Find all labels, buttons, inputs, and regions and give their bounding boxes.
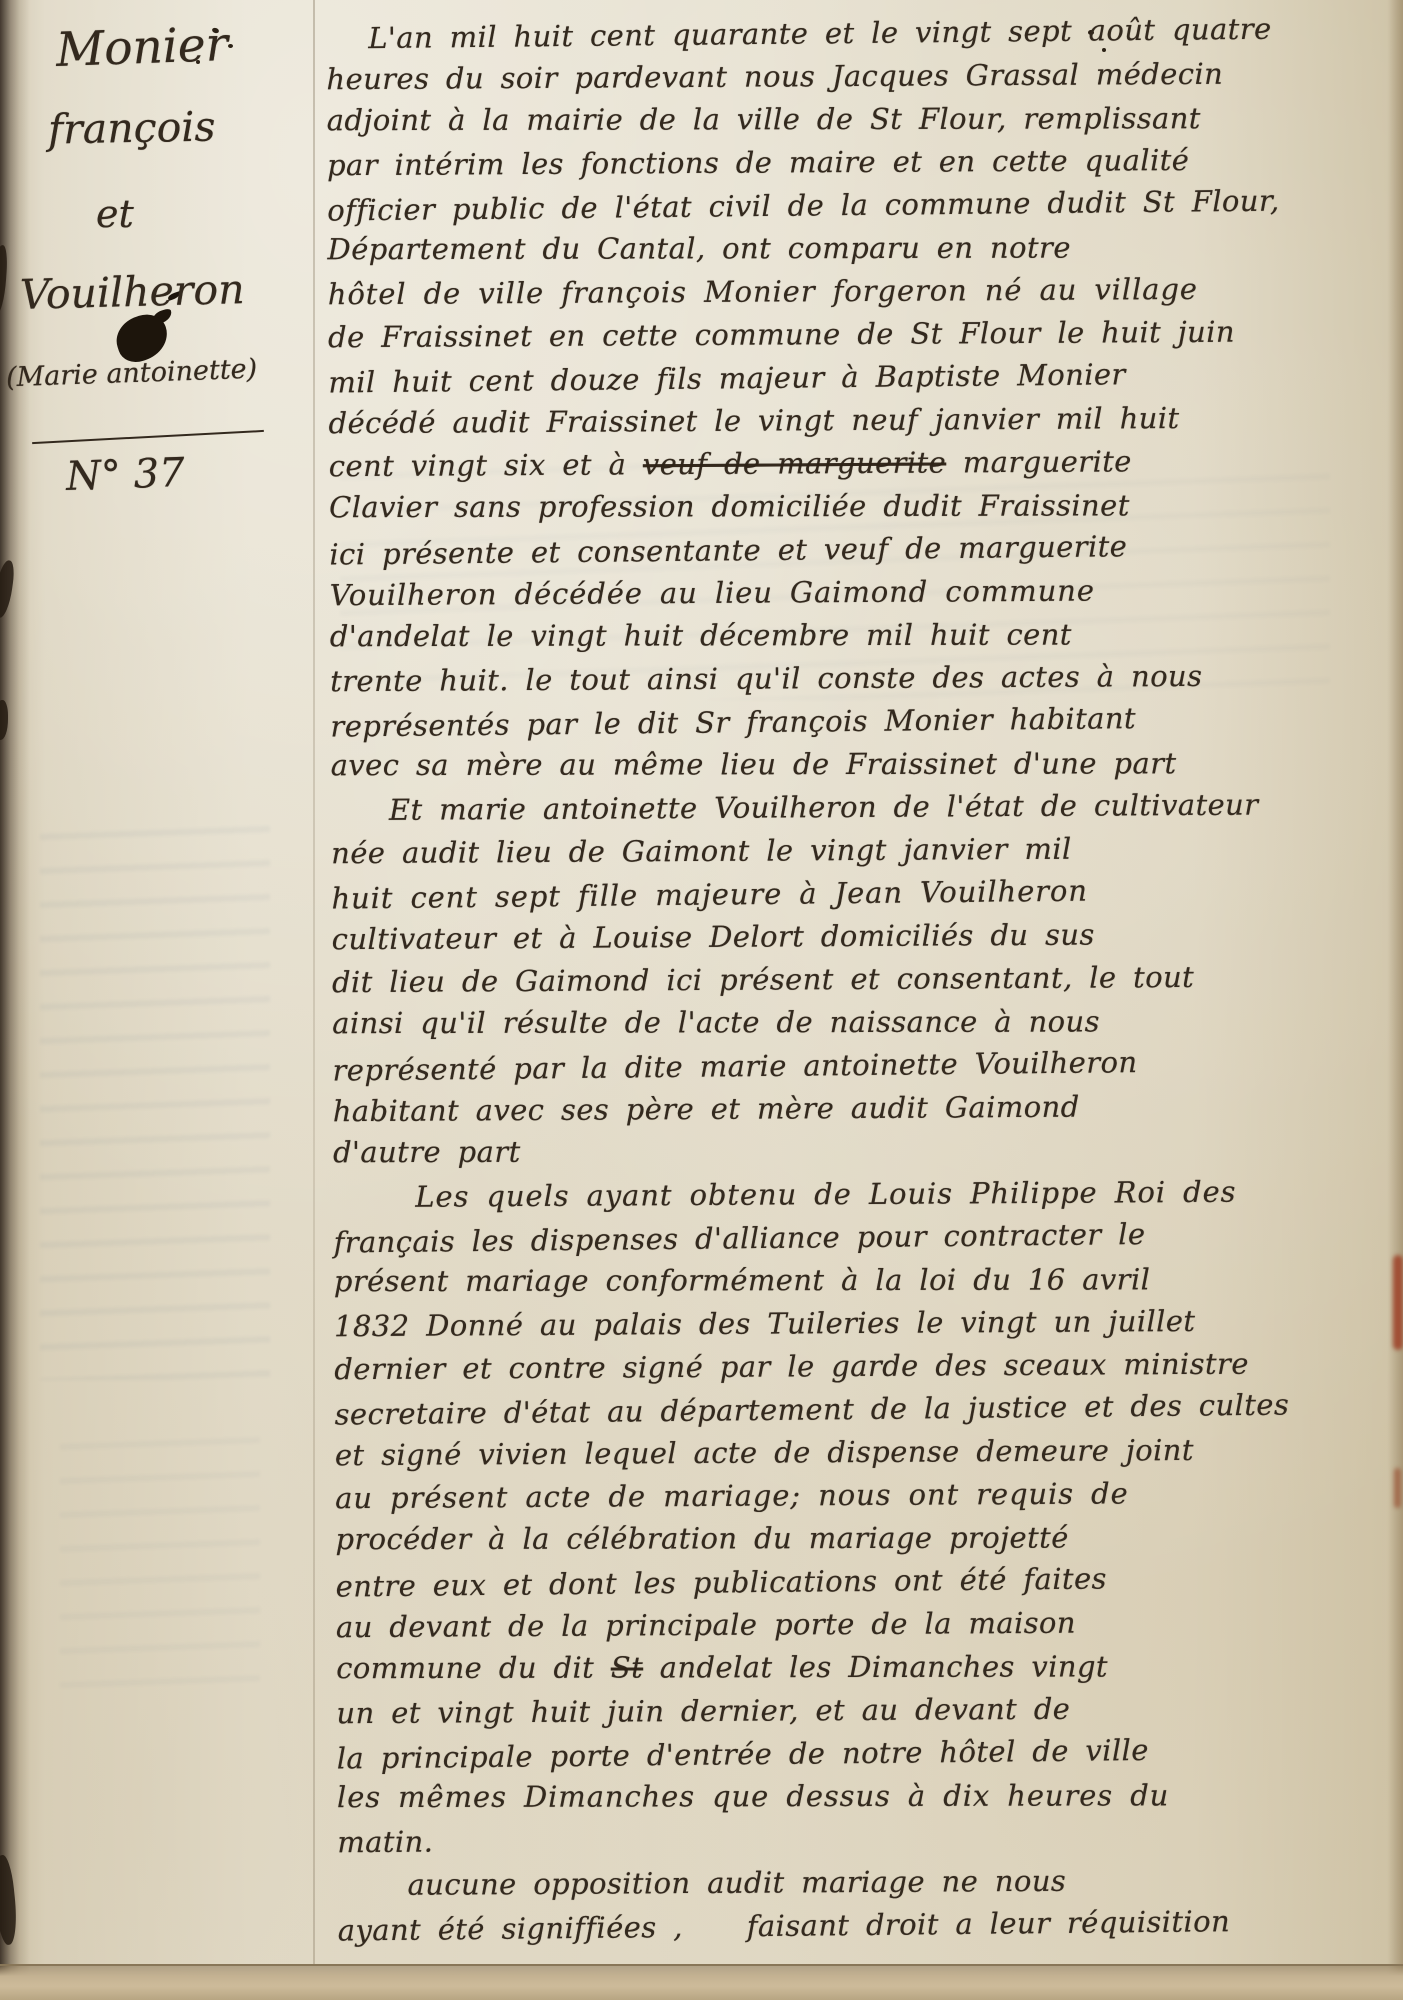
act-line-segment: représentés par le dit Sr françois Monie… (330, 701, 1136, 743)
act-line: Département du Cantal, ont comparu en no… (327, 226, 1381, 271)
act-line: cent vingt six et à veuf de marguerite m… (329, 439, 1383, 488)
act-line-segment: par intérim les fonctions de maire et en… (327, 143, 1190, 182)
act-line: Clavier sans profession domiciliée dudit… (329, 484, 1383, 529)
act-line-segment: représenté par la dite marie antoinette … (332, 1045, 1137, 1087)
act-line-segment: dernier et contre signé par le garde des… (334, 1347, 1249, 1387)
act-line-segment: Et marie antoinette Vouilheron de l'état… (389, 788, 1259, 827)
margin-groom-firstname: françois (48, 103, 216, 154)
act-line-segment: andelat les Dimanches vingt (643, 1649, 1108, 1684)
act-line-segment: officier public de l'état civil de la co… (327, 184, 1280, 228)
act-line: ayant été signiffiées ,faisant droit a l… (338, 1898, 1392, 1952)
act-line-segment: habitant avec ses père et mère audit Gai… (333, 1090, 1080, 1129)
act-line-segment: faisant droit a leur réquisition (683, 1904, 1231, 1944)
act-line-segment-struck: veuf de marguerite (643, 445, 947, 481)
act-line: la principale porte d'entrée de notre hô… (337, 1726, 1391, 1780)
act-line-segment: présent mariage conformément à la loi du… (334, 1262, 1151, 1298)
margin-act-number: N° 37 (65, 450, 185, 500)
act-line-segment: ainsi qu'il résulte de l'acte de naissan… (332, 1004, 1100, 1040)
act-line: hôtel de ville françois Monier forgeron … (328, 267, 1382, 316)
act-line-segment: heures du soir pardevant nous Jacques Gr… (326, 57, 1223, 96)
act-line: d'autre part (333, 1129, 1387, 1174)
act-line-segment: secretaire d'état au département de la j… (334, 1388, 1289, 1432)
act-line-segment: la principale porte d'entrée de notre hô… (337, 1733, 1149, 1776)
act-line-segment: aucune opposition audit mariage ne nous (407, 1864, 1066, 1902)
act-line-segment: au devant de la principale porte de la m… (336, 1606, 1076, 1645)
act-line-segment: procéder à la célébration du mariage pro… (335, 1521, 1068, 1557)
act-line: ainsi qu'il résulte de l'acte de naissan… (332, 1000, 1386, 1045)
act-line-segment: ayant été signiffiées , (338, 1910, 683, 1948)
show-through-patch (40, 820, 270, 1380)
act-line: français les dispenses d'alliance pour c… (333, 1210, 1387, 1264)
act-line: présent mariage conformément à la loi du… (334, 1258, 1388, 1303)
act-line-segment: et signé vivien lequel acte de dispense … (335, 1433, 1194, 1472)
act-line: officier public de l'état civil de la co… (327, 178, 1381, 232)
manuscript-page: Monier françois et Vouilheron (Marie ant… (0, 0, 1403, 2000)
act-line-segment: dit lieu de Gaimond ici présent et conse… (332, 960, 1194, 999)
act-line: adjoint à la mairie de la ville de St Fl… (327, 97, 1381, 142)
act-line-segment: adjoint à la mairie de la ville de St Fl… (327, 101, 1201, 137)
margin-groom-surname: Monier (55, 17, 229, 78)
act-line: décédé audit Fraissinet le vingt neuf ja… (328, 396, 1382, 445)
act-line-segment: Département du Cantal, ont comparu en no… (327, 231, 1070, 267)
red-edge-stain (1393, 1255, 1403, 1350)
act-line: dit lieu de Gaimond ici présent et conse… (332, 955, 1386, 1004)
act-line: 1832 Donné au palais des Tuileries le vi… (334, 1299, 1388, 1348)
act-line: représentés par le dit Sr françois Monie… (330, 694, 1384, 748)
act-line-segment: cultivateur et à Louise Delort domicilié… (332, 918, 1095, 957)
ink-speck (228, 44, 233, 48)
act-line-segment: français les dispenses d'alliance pour c… (333, 1217, 1145, 1259)
page-bottom-edge (0, 1964, 1403, 2000)
act-line-segment: mil huit cent douze fils majeur à Baptis… (328, 357, 1126, 399)
act-line: commune du dit St andelat les Dimanches … (336, 1645, 1390, 1690)
act-line: heures du soir pardevant nous Jacques Gr… (326, 52, 1380, 101)
margin-rule-line (313, 0, 315, 1965)
margin-conjunction: et (96, 192, 134, 236)
act-line: habitant avec ses père et mère audit Gai… (333, 1084, 1387, 1133)
act-line-segment: ici présente et consentante et veuf de m… (329, 529, 1127, 571)
act-line-segment: Vouilheron décédée au lieu Gaimond commu… (330, 574, 1095, 613)
act-line: procéder à la célébration du mariage pro… (335, 1516, 1389, 1561)
act-line-segment: de Fraissinet en cette commune de St Flo… (328, 315, 1235, 355)
act-line: d'andelat le vingt huit décembre mil hui… (330, 613, 1384, 658)
act-line: Vouilheron décédée au lieu Gaimond commu… (330, 568, 1384, 617)
act-line: matin. (337, 1815, 1391, 1864)
margin-underline (32, 430, 264, 444)
act-line-segment: Les quels ayant obtenu de Louis Philippe… (415, 1175, 1236, 1214)
act-line-segment: un et vingt huit juin dernier, et au dev… (336, 1692, 1070, 1730)
act-line-segment: les mêmes Dimanches que dessus à dix heu… (337, 1778, 1169, 1814)
act-line: avec sa mère au même lieu de Fraissinet … (331, 742, 1385, 787)
act-line-segment: avec sa mère au même lieu de Fraissinet … (331, 746, 1177, 782)
act-text: L'an mil huit cent quarante et le vingt … (326, 9, 1392, 1950)
act-line-segment: d'andelat le vingt huit décembre mil hui… (330, 618, 1072, 654)
margin-bride-firstname: (Marie antoinette) (6, 354, 258, 394)
act-line-segment: Clavier sans profession domiciliée dudit… (329, 488, 1130, 524)
act-line-segment: hôtel de ville françois Monier forgeron … (328, 272, 1198, 311)
act-line-segment: d'autre part (333, 1135, 521, 1169)
act-line-segment: matin. (337, 1825, 433, 1860)
act-line-segment: au présent acte de mariage; nous ont req… (335, 1476, 1129, 1515)
act-line: au présent acte de mariage; nous ont req… (335, 1471, 1389, 1520)
act-line: les mêmes Dimanches que dessus à dix heu… (337, 1774, 1391, 1819)
act-line-segment: marguerite (946, 444, 1132, 479)
act-line-segment: trente huit. le tout ainsi qu'il conste … (330, 659, 1202, 698)
act-line-segment: cent vingt six et à (329, 447, 643, 483)
act-line: Et marie antoinette Vouilheron de l'état… (331, 783, 1385, 832)
act-line-segment: née audit lieu de Gaimont le vingt janvi… (331, 832, 1072, 871)
act-line-segment: commune du dit (336, 1651, 611, 1686)
act-line: cultivateur et à Louise Delort domicilié… (332, 912, 1386, 961)
act-line-segment: huit cent sept fille majeure à Jean Voui… (331, 874, 1088, 916)
act-line: au devant de la principale porte de la m… (336, 1600, 1390, 1649)
act-line-segment-struck: St (611, 1650, 643, 1684)
margin-bride-surname: Vouilheron (19, 265, 245, 319)
red-edge-stain (1394, 1468, 1401, 1508)
act-line-segment: entre eux et dont les publications ont é… (336, 1561, 1107, 1603)
act-line: et signé vivien lequel acte de dispense … (335, 1428, 1389, 1477)
act-line-segment: décédé audit Fraissinet le vingt neuf ja… (328, 401, 1179, 440)
act-line-segment: L'an mil huit cent quarante et le vingt … (368, 12, 1272, 55)
act-line-segment: 1832 Donné au palais des Tuileries le vi… (334, 1304, 1196, 1343)
show-through-patch (60, 1430, 260, 1690)
